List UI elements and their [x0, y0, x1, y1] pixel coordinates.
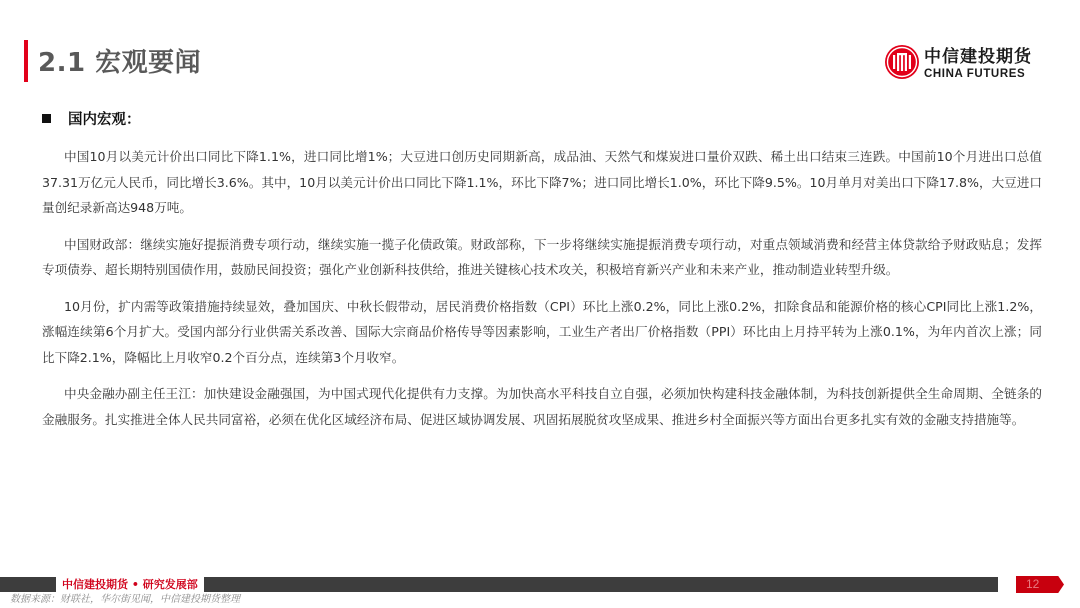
square-bullet-icon [42, 114, 51, 123]
footer-org-label: 中信建投期货 • 研究发展部 [62, 577, 198, 592]
news-paragraph-prices: 10月份，扩内需等政策措施持续显效，叠加国庆、中秋长假带动，居民消费价格指数（C… [42, 294, 1042, 371]
footer-bar-left [0, 577, 56, 592]
page-number-badge: 12 [1016, 576, 1064, 593]
news-paragraph-fiscal: 中国财政部：继续实施好提振消费专项行动，继续实施一揽子化债政策。财政部称，下一步… [42, 232, 1042, 283]
title-accent-bar [24, 40, 28, 82]
logo-chinese-name: 中信建投期货 [924, 49, 1032, 66]
citic-logo-icon [884, 44, 920, 85]
section-heading: 国内宏观： [42, 108, 141, 129]
page-title: 2.1 宏观要闻 [38, 42, 201, 79]
news-paragraph-finance: 中央金融办副主任王江：加快建设金融强国，为中国式现代化提供有力支撑。为加快高水平… [42, 381, 1042, 432]
logo-english-name: CHINA FUTURES [924, 69, 1032, 81]
news-paragraph-trade: 中国10月以美元计价出口同比下降1.1%，进口同比增1%；大豆进口创历史同期新高… [42, 144, 1042, 221]
footer-bar-middle [204, 577, 998, 592]
company-logo: 中信建投期货 CHINA FUTURES [884, 44, 1032, 85]
section-label: 国内宏观： [68, 108, 141, 129]
news-content: 中国10月以美元计价出口同比下降1.1%，进口同比增1%；大豆进口创历史同期新高… [42, 144, 1042, 443]
data-source-note: 数据来源：财联社，华尔街见闻，中信建投期货整理 [10, 594, 240, 606]
